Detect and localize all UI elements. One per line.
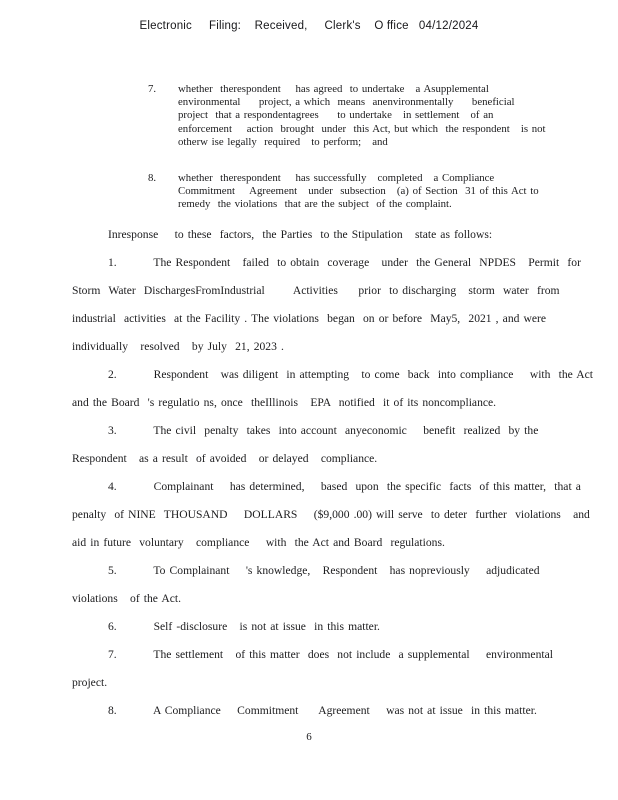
list-item-7: 7. whether therespondent has agreed to u… — [148, 83, 588, 149]
numbered-paragraph-3: 3. The civil penalty takes into account … — [72, 417, 602, 473]
intro-paragraph: Inresponse to these factors, the Parties… — [72, 221, 602, 249]
numbered-paragraph-7: 7. The settlement of this matter does no… — [72, 641, 602, 697]
document-page: Electronic Filing: Received, Clerk's O f… — [0, 0, 618, 800]
page-number: 6 — [0, 731, 618, 743]
document-body: Inresponse to these factors, the Parties… — [72, 221, 602, 725]
list-item-text: whether therespondent has successfully c… — [178, 172, 539, 212]
numbered-paragraph-6: 6. Self -disclosure is not at issue in t… — [72, 613, 602, 641]
list-item-8: 8. whether therespondent has successfull… — [148, 172, 588, 212]
filing-header: Electronic Filing: Received, Clerk's O f… — [0, 20, 618, 32]
numbered-paragraph-8: 8. A Compliance Commitment Agreement was… — [72, 697, 602, 725]
numbered-paragraph-5: 5. To Complainant 's knowledge, Responde… — [72, 557, 602, 613]
numbered-paragraph-2: 2. Respondent was diligent in attempting… — [72, 361, 602, 417]
numbered-paragraph-4: 4. Complainant has determined, based upo… — [72, 473, 602, 557]
list-item-text: whether therespondent has agreed to unde… — [178, 83, 546, 149]
numbered-paragraph-1: 1. The Respondent failed to obtain cover… — [72, 249, 602, 361]
conditions-list: 7. whether therespondent has agreed to u… — [148, 83, 588, 235]
list-item-number: 7. — [148, 83, 178, 96]
list-item-number: 8. — [148, 172, 178, 185]
